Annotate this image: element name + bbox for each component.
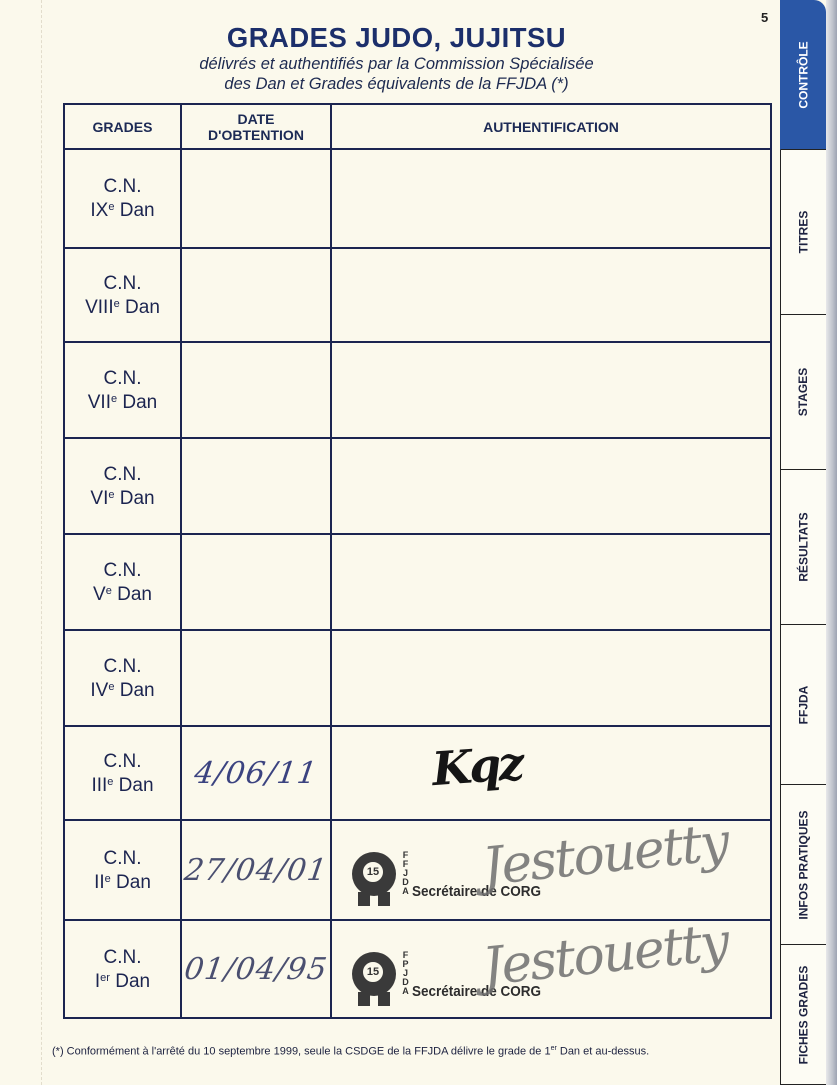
section-tabs: CONTRÔLETITRESSTAGESRÉSULTATSFFJDAINFOS … (780, 0, 826, 1085)
grades-table-body: C.N.IXe DanC.N.VIIIe DanC.N.VIIe DanC.N.… (64, 149, 771, 1018)
date-cell (174, 248, 337, 342)
footnote: (*) Conformément à l'arrêté du 10 septem… (52, 1045, 649, 1058)
grade-prefix: C.N. (65, 464, 180, 485)
tab-label: CONTRÔLE (797, 41, 811, 108)
table-row: C.N.VIe Dan (64, 438, 771, 534)
grade-prefix: C.N. (65, 273, 180, 294)
header-grades: GRADES (64, 104, 181, 149)
tab-label: STAGES (797, 368, 811, 416)
date-cell (174, 149, 338, 248)
grade-level: IIIe Dan (65, 772, 180, 796)
grade-level: VIIIe Dan (65, 294, 180, 318)
table-row: C.N.VIIe Dan (64, 342, 771, 438)
date-cell: 27/04/01 (174, 820, 338, 920)
grade-cell: C.N.VIIIe Dan (64, 248, 181, 342)
grade-cell: C.N.IIe Dan (64, 820, 181, 920)
grade-level: VIIe Dan (65, 389, 180, 413)
page-title: GRADES JUDO, JUJITSU (0, 22, 807, 54)
grade-prefix: C.N. (65, 848, 180, 869)
table-row: C.N.Ve Dan (64, 534, 771, 630)
grade-level: Ier Dan (65, 968, 180, 992)
header-date: DATE D'OBTENTION (181, 104, 331, 149)
signature: Kqz (430, 736, 523, 796)
page-subtitle-line2: des Dan et Grades équivalents de la FFJD… (0, 74, 815, 94)
grade-cell: C.N.VIIe Dan (64, 342, 181, 438)
tab-label: FICHES GRADES (797, 965, 811, 1064)
grade-prefix: C.N. (65, 751, 180, 772)
stamp-letters: FFJDA (401, 851, 410, 896)
header-authentification: AUTHENTIFICATION (331, 104, 771, 149)
signature: Jestouetty (480, 812, 731, 897)
grade-prefix: C.N. (65, 176, 180, 197)
tab-stages[interactable]: STAGES (780, 315, 826, 470)
footnote-text-end: Dan et au-dessus. (557, 1046, 649, 1058)
grade-prefix: C.N. (65, 560, 180, 581)
date-cell (174, 438, 337, 534)
tab-label: FFJDA (796, 685, 810, 724)
table-row: C.N.Ier Dan01/04/9515FPJDASecrétaire de … (64, 920, 771, 1018)
authentification-cell (331, 342, 771, 438)
date-cell (174, 342, 337, 438)
tab-titres[interactable]: TITRES (780, 150, 826, 315)
ffjda-logo-icon: 15 (352, 852, 396, 896)
table-row: C.N.IVe Dan (64, 630, 771, 726)
tab-fiches-grades[interactable]: FICHES GRADES (780, 945, 826, 1085)
authentification-cell: 15FPJDASecrétaire de CORGJestouetty (331, 920, 771, 1018)
grade-cell: C.N.Ve Dan (64, 534, 181, 630)
header-date-line1: DATE (182, 111, 330, 127)
grade-prefix: C.N. (65, 656, 180, 677)
grade-level: IIe Dan (65, 869, 180, 893)
authentification-cell (331, 149, 771, 248)
grade-prefix: C.N. (65, 368, 180, 389)
signature: Jestouetty (480, 912, 731, 997)
date-cell (174, 630, 337, 726)
tab-résultats[interactable]: RÉSULTATS (780, 470, 826, 625)
tab-label: TITRES (796, 211, 810, 254)
table-row: C.N.IXe Dan (64, 149, 771, 248)
binding-spine (826, 0, 837, 1085)
table-row: C.N.VIIIe Dan (64, 248, 771, 342)
grade-cell: C.N.VIe Dan (64, 438, 181, 534)
grade-cell: C.N.IXe Dan (64, 149, 181, 248)
date-cell: 01/04/95 (174, 920, 338, 1018)
date-cell (174, 534, 337, 630)
stamp-letters: FPJDA (401, 951, 410, 996)
authentification-cell: Kqz (331, 726, 771, 820)
tab-ffjda[interactable]: FFJDA (780, 625, 826, 785)
grade-prefix: C.N. (65, 947, 180, 968)
page-fold-line (41, 0, 42, 1085)
authentification-cell (331, 534, 771, 630)
page-subtitle-line1: délivrés et authentifiés par la Commissi… (0, 54, 815, 74)
grade-level: Ve Dan (65, 581, 180, 605)
grades-table: GRADES DATE D'OBTENTION AUTHENTIFICATION… (63, 103, 772, 1019)
table-row: C.N.IIe Dan27/04/0115FFJDASecrétaire de … (64, 820, 771, 920)
grade-level: IVe Dan (65, 677, 180, 701)
ffjda-logo-icon: 15 (352, 952, 396, 996)
page-header: GRADES JUDO, JUJITSU délivrés et authent… (0, 22, 837, 94)
authentification-cell (331, 630, 771, 726)
authentification-cell (331, 438, 771, 534)
authentification-cell (331, 248, 771, 342)
header-date-line2: D'OBTENTION (182, 127, 330, 143)
grade-cell: C.N.Ier Dan (64, 920, 181, 1018)
tab-label: INFOS PRATIQUES (797, 810, 811, 919)
date-cell: 4/06/11 (174, 726, 337, 820)
grades-table-container: GRADES DATE D'OBTENTION AUTHENTIFICATION… (63, 103, 770, 1018)
tab-infos-pratiques[interactable]: INFOS PRATIQUES (780, 785, 826, 945)
tab-contrôle[interactable]: CONTRÔLE (780, 0, 826, 150)
tab-label: RÉSULTATS (797, 512, 811, 581)
table-row: C.N.IIIe Dan4/06/11Kqz (64, 726, 771, 820)
grade-level: VIe Dan (65, 485, 180, 509)
grade-cell: C.N.IIIe Dan (64, 726, 181, 820)
authentification-cell: 15FFJDASecrétaire de CORGJestouetty (331, 820, 771, 920)
table-header-row: GRADES DATE D'OBTENTION AUTHENTIFICATION (64, 104, 771, 149)
grade-cell: C.N.IVe Dan (64, 630, 181, 726)
footnote-text: (*) Conformément à l'arrêté du 10 septem… (52, 1046, 551, 1058)
grade-level: IXe Dan (65, 197, 180, 221)
